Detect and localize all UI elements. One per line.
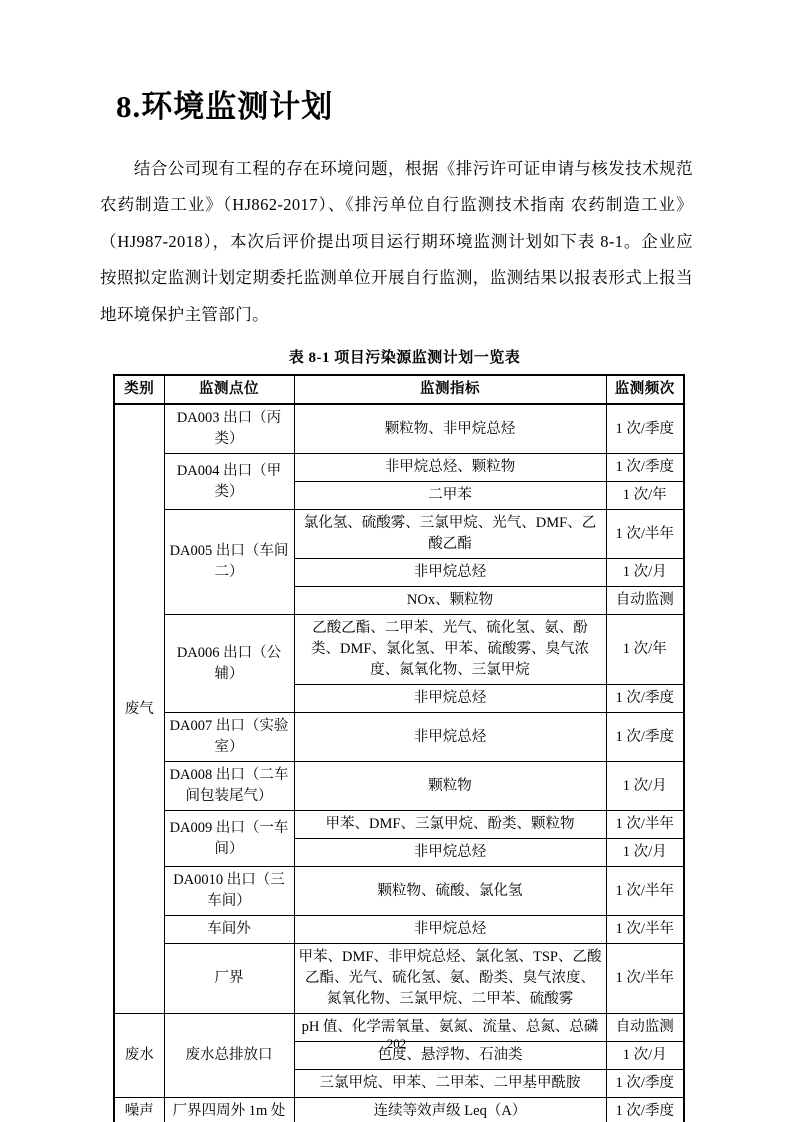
table-row: DA006 出口（公辅）乙酸乙酯、二甲苯、光气、硫化氢、氨、酚类、DMF、氯化氢… [114, 615, 684, 685]
monitoring-point-cell: DA009 出口（一车间） [164, 811, 294, 867]
document-page: 8.环境监测计划 结合公司现有工程的存在环境问题，根据《排污许可证申请与核发技术… [0, 0, 793, 1122]
frequency-cell: 1 次/季度 [606, 404, 684, 454]
frequency-cell: 1 次/季度 [606, 454, 684, 482]
indicators-cell: NOx、颗粒物 [294, 587, 606, 615]
table-row: 厂界甲苯、DMF、非甲烷总烃、氯化氢、TSP、乙酸乙酯、光气、硫化氢、氨、酚类、… [114, 944, 684, 1014]
table-row: DA008 出口（二车间包装尾气）颗粒物1 次/月 [114, 762, 684, 811]
indicators-cell: 非甲烷总烃 [294, 685, 606, 713]
table-body: 废气DA003 出口（丙类）颗粒物、非甲烷总烃1 次/季度DA004 出口（甲类… [114, 404, 684, 1122]
monitoring-point-cell: DA003 出口（丙类） [164, 404, 294, 454]
table-row: DA007 出口（实验室）非甲烷总烃1 次/季度 [114, 713, 684, 762]
monitoring-point-cell: DA006 出口（公辅） [164, 615, 294, 713]
monitoring-plan-table: 类别 监测点位 监测指标 监测频次 废气DA003 出口（丙类）颗粒物、非甲烷总… [113, 374, 685, 1122]
indicators-cell: 二甲苯 [294, 482, 606, 510]
col-header-frequency: 监测频次 [606, 375, 684, 404]
frequency-cell: 1 次/半年 [606, 867, 684, 916]
page-number: 202 [0, 1036, 793, 1052]
indicators-cell: 非甲烷总烃、颗粒物 [294, 454, 606, 482]
table-row: 车间外非甲烷总烃1 次/半年 [114, 916, 684, 944]
indicators-cell: 非甲烷总烃 [294, 713, 606, 762]
table-row: DA004 出口（甲类）非甲烷总烃、颗粒物1 次/季度 [114, 454, 684, 482]
monitoring-point-cell: DA004 出口（甲类） [164, 454, 294, 510]
frequency-cell: 1 次/年 [606, 615, 684, 685]
indicators-cell: 非甲烷总烃 [294, 839, 606, 867]
frequency-cell: 1 次/季度 [606, 1098, 684, 1122]
frequency-cell: 1 次/年 [606, 482, 684, 510]
table-header: 类别 监测点位 监测指标 监测频次 [114, 375, 684, 404]
indicators-cell: 甲苯、DMF、非甲烷总烃、氯化氢、TSP、乙酸乙酯、光气、硫化氢、氨、酚类、臭气… [294, 944, 606, 1014]
section-heading: 8.环境监测计划 [116, 88, 693, 127]
col-header-point: 监测点位 [164, 375, 294, 404]
table-title: 表 8-1 项目污染源监测计划一览表 [113, 346, 696, 367]
monitoring-point-cell: 车间外 [164, 916, 294, 944]
page-content: 8.环境监测计划 结合公司现有工程的存在环境问题，根据《排污许可证申请与核发技术… [0, 0, 793, 1122]
monitoring-point-cell: DA005 出口（车间二） [164, 510, 294, 615]
table-row: 废气DA003 出口（丙类）颗粒物、非甲烷总烃1 次/季度 [114, 404, 684, 454]
indicators-cell: 乙酸乙酯、二甲苯、光气、硫化氢、氨、酚类、DMF、氯化氢、甲苯、硫酸雾、臭气浓度… [294, 615, 606, 685]
col-header-indicators: 监测指标 [294, 375, 606, 404]
frequency-cell: 1 次/季度 [606, 685, 684, 713]
indicators-cell: 非甲烷总烃 [294, 916, 606, 944]
indicators-cell: 三氯甲烷、甲苯、二甲苯、二甲基甲酰胺 [294, 1070, 606, 1098]
indicators-cell: 连续等效声级 Leq（A） [294, 1098, 606, 1122]
indicators-cell: 氯化氢、硫酸雾、三氯甲烷、光气、DMF、乙酸乙酯 [294, 510, 606, 559]
monitoring-point-cell: 废水总排放口 [164, 1014, 294, 1098]
frequency-cell: 1 次/月 [606, 559, 684, 587]
table-row: DA009 出口（一车间）甲苯、DMF、三氯甲烷、酚类、颗粒物1 次/半年 [114, 811, 684, 839]
monitoring-point-cell: DA008 出口（二车间包装尾气） [164, 762, 294, 811]
intro-paragraph: 结合公司现有工程的存在环境问题，根据《排污许可证申请与核发技术规范 农药制造工业… [100, 151, 693, 334]
frequency-cell: 1 次/半年 [606, 944, 684, 1014]
table-row: DA005 出口（车间二）氯化氢、硫酸雾、三氯甲烷、光气、DMF、乙酸乙酯1 次… [114, 510, 684, 559]
frequency-cell: 1 次/月 [606, 762, 684, 811]
monitoring-point-cell: 厂界 [164, 944, 294, 1014]
table-header-row: 类别 监测点位 监测指标 监测频次 [114, 375, 684, 404]
indicators-cell: 颗粒物、非甲烷总烃 [294, 404, 606, 454]
monitoring-point-cell: 厂界四周外 1m 处 [164, 1098, 294, 1122]
frequency-cell: 1 次/季度 [606, 713, 684, 762]
monitoring-point-cell: DA0010 出口（三车间） [164, 867, 294, 916]
category-cell: 废水 [114, 1014, 164, 1098]
col-header-category: 类别 [114, 375, 164, 404]
frequency-cell: 1 次/季度 [606, 1070, 684, 1098]
indicators-cell: 颗粒物、硫酸、氯化氢 [294, 867, 606, 916]
category-cell: 噪声 [114, 1098, 164, 1122]
frequency-cell: 1 次/半年 [606, 916, 684, 944]
frequency-cell: 自动监测 [606, 587, 684, 615]
frequency-cell: 1 次/半年 [606, 811, 684, 839]
monitoring-point-cell: DA007 出口（实验室） [164, 713, 294, 762]
frequency-cell: 1 次/半年 [606, 510, 684, 559]
table-row: 噪声厂界四周外 1m 处连续等效声级 Leq（A）1 次/季度 [114, 1098, 684, 1122]
frequency-cell: 1 次/月 [606, 839, 684, 867]
table-row: DA0010 出口（三车间）颗粒物、硫酸、氯化氢1 次/半年 [114, 867, 684, 916]
indicators-cell: 甲苯、DMF、三氯甲烷、酚类、颗粒物 [294, 811, 606, 839]
indicators-cell: 颗粒物 [294, 762, 606, 811]
indicators-cell: 非甲烷总烃 [294, 559, 606, 587]
category-cell: 废气 [114, 404, 164, 1014]
